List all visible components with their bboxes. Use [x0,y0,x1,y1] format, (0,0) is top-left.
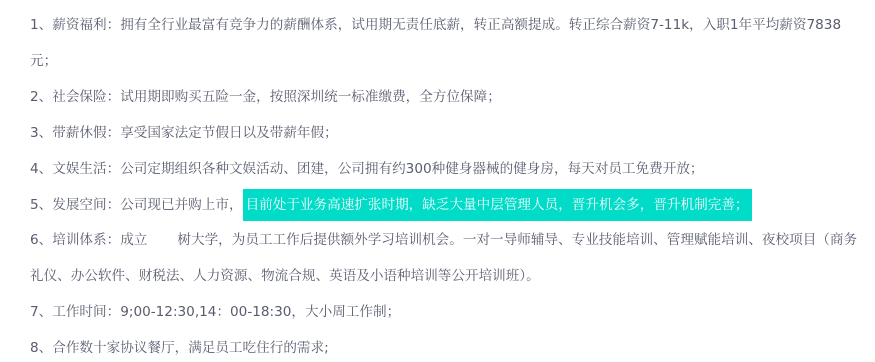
item-number: 6、 [30,232,52,248]
item-title: 薪资福利： [52,17,120,33]
item-text: 享受国家法定节假日以及带薪年假； [120,125,338,141]
item-title: 文娱生活： [52,161,120,177]
benefits-document: 1、薪资福利：拥有全行业最富有竞争力的薪酬体系，试用期无责任底薪，转正高额提成。… [0,0,865,362]
benefit-item-insurance: 2、社会保险：试用期即购买五险一金，按照深圳统一标准缴费，全方位保障； [30,80,865,116]
text-selection-highlight[interactable]: 目前处于业务高速扩张时期，缺乏大量中层管理人员，晋升机会多，晋升机制完善； [243,189,752,221]
item-number: 3、 [30,125,52,141]
item-text: 拥有全行业最富有竞争力的薪酬体系，试用期无责任底薪，转正高额提成。转正综合薪资7… [30,17,841,69]
item-text-prefix: 成立 [120,232,147,248]
item-text: 公司定期组织各种文娱活动、团建，公司拥有约300种健身器械的健身房，每天对员工免… [120,161,703,177]
item-number: 1、 [30,17,52,33]
item-text: 9;00-12:30,14：00-18:30，大小周工作制； [120,304,400,320]
item-number: 4、 [30,161,52,177]
item-text: 树大学，为员工工作后提供额外学习培训机会。一对一导师辅导、专业技能培训、管理赋能… [30,232,857,284]
item-number: 8、 [30,340,52,356]
item-title: 带薪休假： [52,125,120,141]
item-text: 试用期即购买五险一金，按照深圳统一标准缴费，全方位保障； [120,89,501,105]
item-number: 2、 [30,89,52,105]
benefit-item-career: 5、发展空间：公司现已并购上市，目前处于业务高速扩张时期，缺乏大量中层管理人员，… [30,188,865,224]
benefit-item-restaurants: 8、合作数十家协议餐厅，满足员工吃住行的需求; [30,331,865,362]
benefit-item-work-hours: 7、工作时间：9;00-12:30,14：00-18:30，大小周工作制； [30,295,865,331]
benefit-item-training: 6、培训体系：成立树大学，为员工工作后提供额外学习培训机会。一对一导师辅导、专业… [30,223,865,295]
item-text: 公司现已并购上市， [120,197,242,213]
item-text: 满足员工吃住行的需求; [188,340,329,356]
item-number: 7、 [30,304,52,320]
item-title: 社会保险： [52,89,120,105]
item-title: 培训体系： [52,232,120,248]
item-title: 工作时间： [52,304,120,320]
benefit-item-salary: 1、薪资福利：拥有全行业最富有竞争力的薪酬体系，试用期无责任底薪，转正高额提成。… [30,8,865,80]
item-title: 发展空间： [52,197,120,213]
benefit-item-recreation: 4、文娱生活：公司定期组织各种文娱活动、团建，公司拥有约300种健身器械的健身房… [30,152,865,188]
benefit-item-paid-leave: 3、带薪休假：享受国家法定节假日以及带薪年假； [30,116,865,152]
item-title: 合作数十家协议餐厅， [52,340,188,356]
item-number: 5、 [30,197,52,213]
